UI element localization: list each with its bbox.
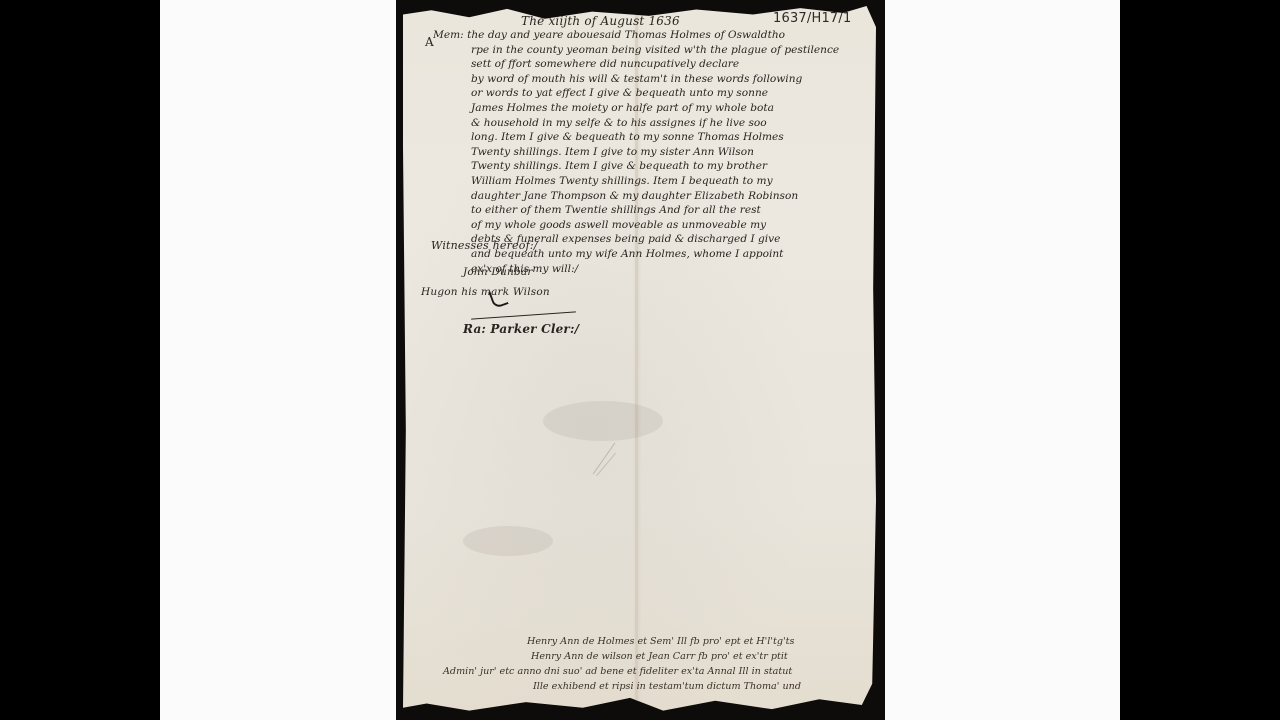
will-line: sett of ffort somewhere did nuncupativel… bbox=[433, 57, 873, 72]
signature-flourish bbox=[471, 311, 576, 319]
will-line: long. Item I give & bequeath to my sonne… bbox=[433, 130, 873, 145]
will-line: to either of them Twentie shillings And … bbox=[433, 203, 873, 218]
witnesses-label: Witnesses hereof:/ bbox=[431, 239, 538, 252]
manuscript-page: The xiijth of August 1636 1637/H17/1 A M… bbox=[403, 6, 876, 712]
left-white-panel bbox=[160, 0, 396, 720]
will-line: rpe in the county yeoman being visited w… bbox=[433, 43, 873, 58]
probate-line: Admin' jur' etc anno dni suo' ad bene et… bbox=[443, 664, 883, 679]
will-line: daughter Jane Thompson & my daughter Eli… bbox=[433, 189, 873, 204]
will-line: & household in my selfe & to his assigne… bbox=[433, 116, 873, 131]
witness-mark-signature: Hugon his mark Wilson bbox=[421, 286, 550, 298]
document-date-heading: The xiijth of August 1636 bbox=[521, 14, 680, 28]
video-frame: The xiijth of August 1636 1637/H17/1 A M… bbox=[0, 0, 1280, 720]
probate-note: Henry Ann de Holmes et Sem' Ill fb pro' … bbox=[443, 634, 883, 694]
right-white-panel bbox=[885, 0, 1120, 720]
clerk-signature: Ra: Parker Cler:/ bbox=[463, 322, 579, 336]
will-line: William Holmes Twenty shillings. Item I … bbox=[433, 174, 873, 189]
will-line: Twenty shillings. Item I give & bequeath… bbox=[433, 159, 873, 174]
ink-smudge bbox=[463, 526, 553, 556]
witness-signature: John Dunbar bbox=[463, 266, 533, 278]
faint-pencil-stroke bbox=[593, 443, 616, 475]
probate-line: Ille exhibend et ripsi in testam'tum dic… bbox=[443, 679, 883, 694]
will-line: of my whole goods aswell moveable as unm… bbox=[433, 218, 873, 233]
probate-line: Henry Ann de wilson et Jean Carr fb pro'… bbox=[443, 649, 883, 664]
probate-line: Henry Ann de Holmes et Sem' Ill fb pro' … bbox=[443, 634, 883, 649]
archive-reference-number: 1637/H17/1 bbox=[773, 11, 851, 26]
document-scan: The xiijth of August 1636 1637/H17/1 A M… bbox=[396, 0, 885, 720]
will-line: James Holmes the moiety or halfe part of… bbox=[433, 101, 873, 116]
will-line: Twenty shillings. Item I give to my sist… bbox=[433, 145, 873, 160]
will-line: by word of mouth his will & testam't in … bbox=[433, 72, 873, 87]
will-line: or words to yat effect I give & bequeath… bbox=[433, 86, 873, 101]
will-line: Mem: the day and yeare abouesaid Thomas … bbox=[433, 28, 873, 43]
ink-smudge bbox=[543, 401, 663, 441]
